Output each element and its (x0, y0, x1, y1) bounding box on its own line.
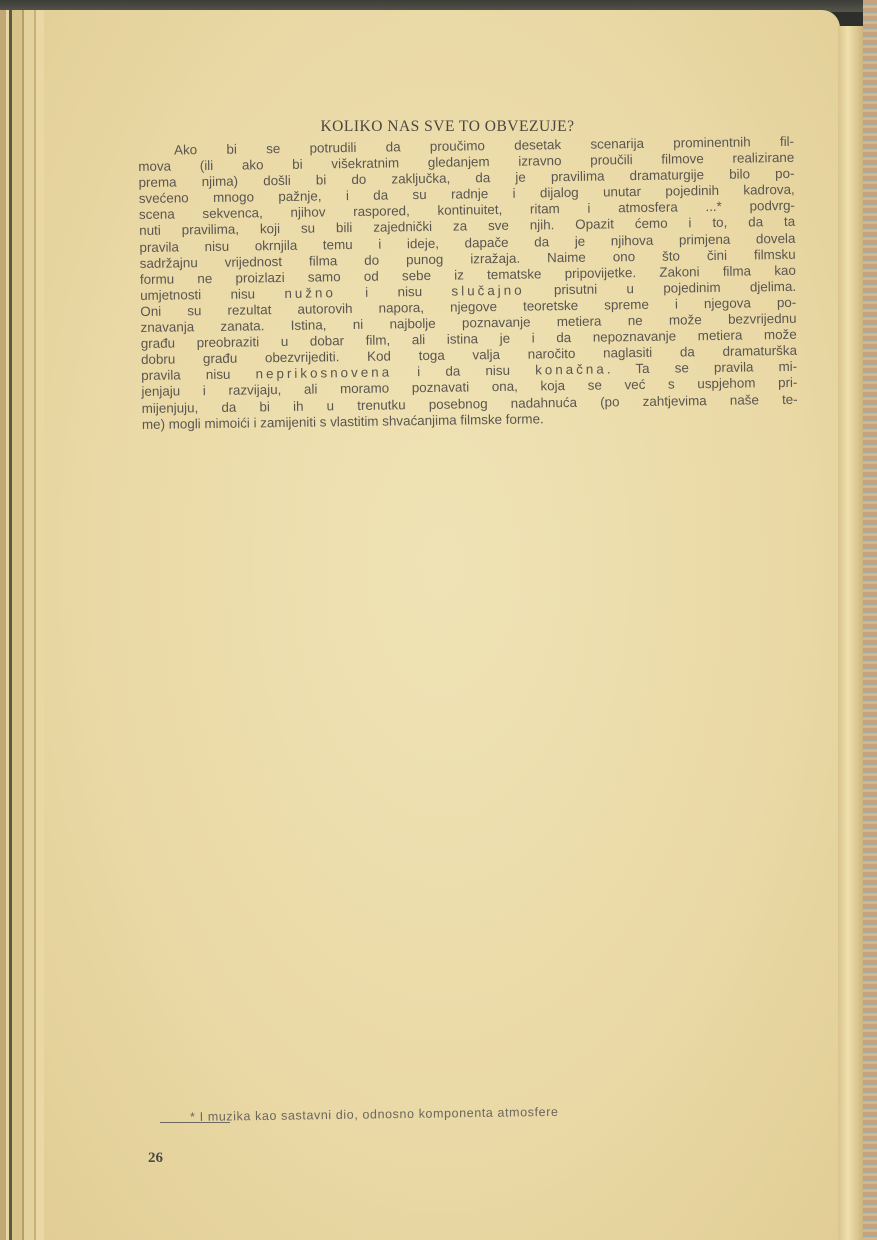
book-cover-edge-right (863, 0, 877, 1240)
body-paragraph: Ako bi se potrudili da proučimo desetak … (138, 134, 798, 433)
text-segment: umjetnosti nisu (140, 286, 284, 303)
page-number: 26 (148, 1150, 163, 1167)
spaced-emphasis: neprikosnovena (255, 365, 392, 382)
chapter-title: KOLIKO NAS SVE TO OBVEZUJE? (0, 118, 877, 136)
text-segment: i nisu (336, 283, 452, 300)
book-gutter-right (838, 26, 863, 1240)
book-page-edges-left (0, 10, 44, 1240)
text-segment: i da nisu (392, 363, 535, 380)
text-segment: pravila nisu (141, 367, 256, 384)
spaced-emphasis: konačna (535, 362, 607, 378)
spaced-emphasis: nužno (284, 285, 336, 301)
text-segment: . Ta se pravila mi- (607, 359, 798, 377)
spaced-emphasis: slučajno (451, 282, 524, 298)
